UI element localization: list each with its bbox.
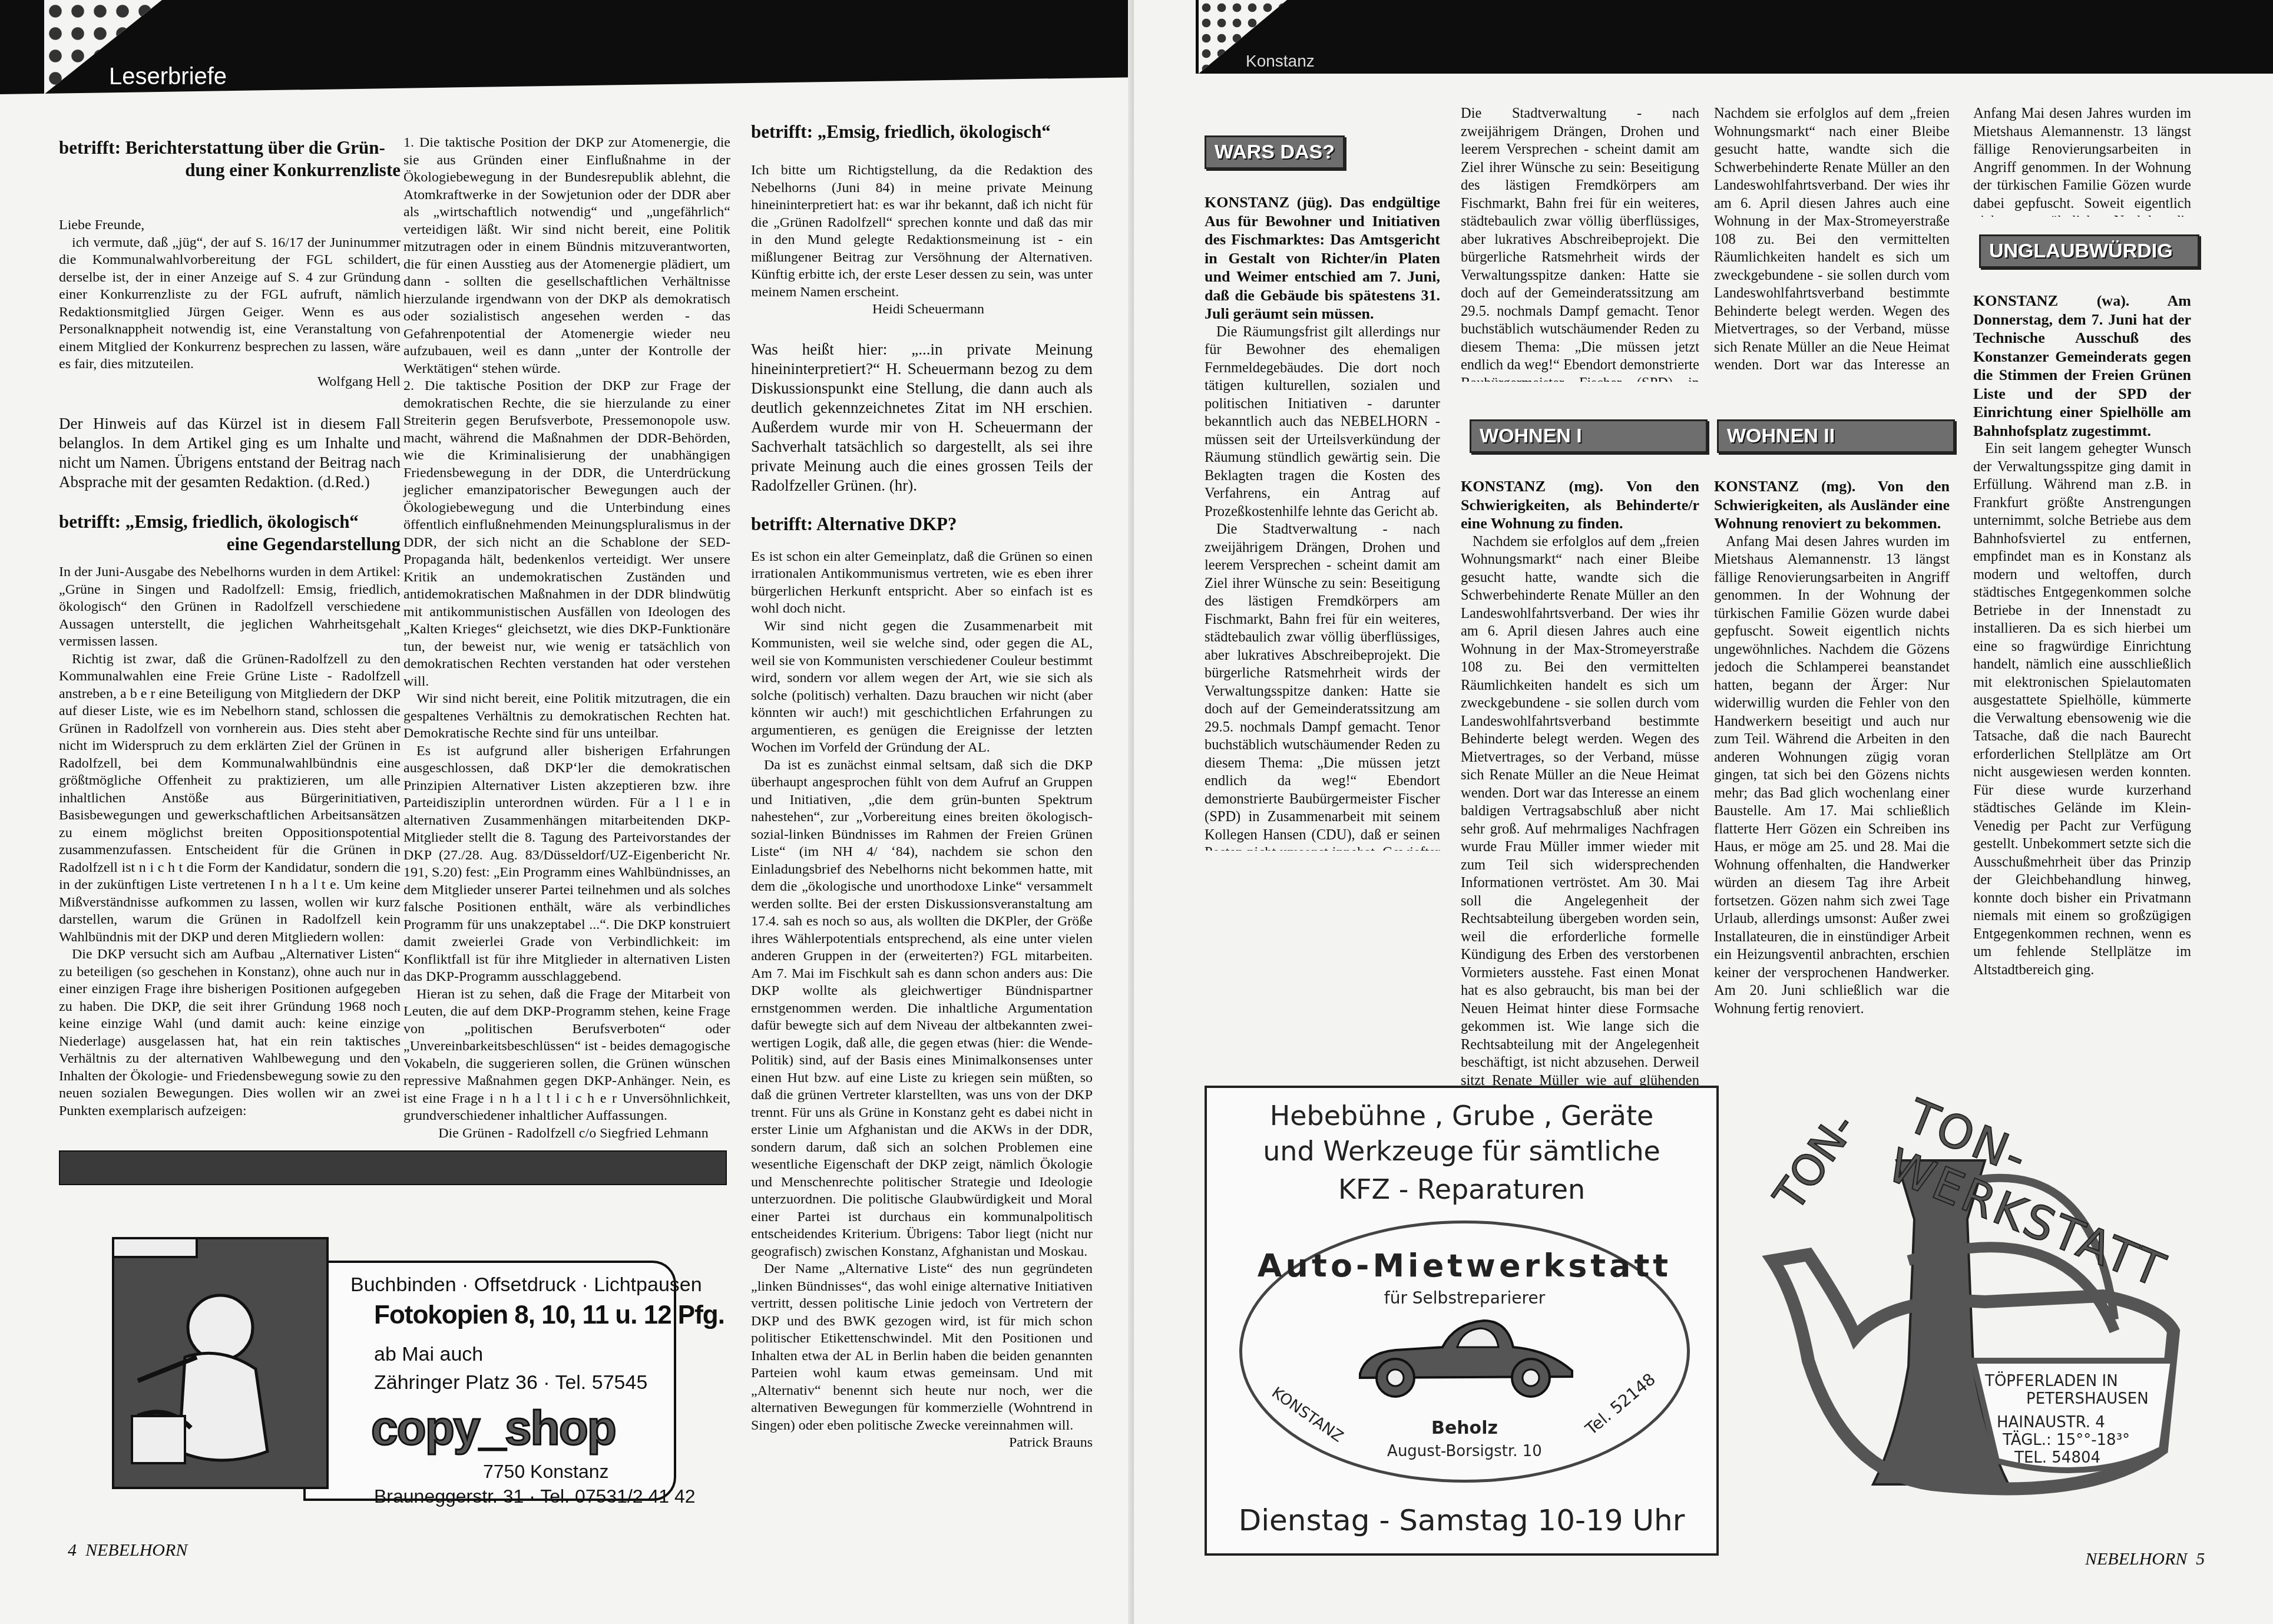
article-paragraph: Die Räumungsfrist gilt allerdings nur fü… xyxy=(1205,323,1440,521)
ad-hours: TÄGL.: 15°°-18³° xyxy=(1985,1431,2149,1449)
left-page: Leserbriefe betrifft: Berichterstattung … xyxy=(0,0,1134,1624)
letter3-headline: betrifft: „Emsig, friedlich, ökologisch“ xyxy=(751,121,1093,143)
ad-brand: copy_shop xyxy=(371,1401,616,1456)
article-lead: KONSTANZ (jüg). Das endgültige Aus für B… xyxy=(1205,193,1440,323)
ad-line: PETERSHAUSEN xyxy=(1985,1390,2149,1408)
emblem-owner: Beholz xyxy=(1242,1418,1687,1438)
column-3: betrifft: „Emsig, friedlich, ökologisch“… xyxy=(751,121,1093,1452)
page-number: 5 xyxy=(2196,1549,2205,1569)
wohnen-1-column: KONSTANZ (mg). Von den Schwierigkeiten, … xyxy=(1461,477,1699,1107)
wohnen-1-heading: WOHNEN I xyxy=(1470,419,1708,453)
wars-das-heading: WARS DAS? xyxy=(1205,135,1345,169)
article-lead: KONSTANZ (mg). Von den Schwierigkeiten, … xyxy=(1714,477,1950,533)
article-lead: KONSTANZ (wa). Am Donnerstag, dem 7. Jun… xyxy=(1973,292,2191,440)
divider-bar xyxy=(59,1150,727,1185)
article-paragraph: Anfang Mai desen Jahres wurden im Mietsh… xyxy=(1973,105,2191,217)
signature: Heidi Scheuermann xyxy=(751,301,1093,319)
letter4-headline: betrifft: Alternative DKP? xyxy=(751,513,1093,535)
unglaubwuerdig-heading: UNGLAUBWÜRDIG xyxy=(1979,234,2199,268)
workshop-emblem: Auto-Mietwerkstatt für Selbstreparierer … xyxy=(1239,1221,1690,1483)
wars-das-continuation: Die Stadtverwaltung - nach zweijährigem … xyxy=(1461,105,1699,382)
section-title: Konstanz xyxy=(1246,52,1315,71)
ad-line: TÖPFERLADEN IN xyxy=(1985,1372,2149,1390)
article-paragraph: Nachdem sie erfolglos auf dem „freien Wo… xyxy=(1461,533,1699,1107)
ad-address: HAINAUSTR. 4 xyxy=(1985,1414,2149,1431)
salutation: Liebe Freunde, xyxy=(59,217,401,234)
headline-line: dung einer Konkurrenzliste xyxy=(59,159,401,181)
wars-das-column: KONSTANZ (jüg). Das endgültige Aus für B… xyxy=(1205,193,1440,851)
letter3-body: Ich bitte um Richtigstellung, da die Red… xyxy=(751,162,1093,301)
pottery-workshop-advertisement: TON- TON-WERKSTATT TÖPFERLADEN IN PETERS… xyxy=(1738,1084,2250,1537)
headline-line: eine Gegendarstellung xyxy=(59,533,401,555)
kfz-workshop-advertisement: Hebebühne , Grube , Geräte und Werkzeuge… xyxy=(1205,1086,1719,1556)
signature: Die Grünen - Radolfzell c/o Siegfried Le… xyxy=(403,1125,730,1143)
article-paragraph: Wir sind nicht gegen die Zusammenarbeit … xyxy=(751,618,1093,757)
ad-prices: Fotokopien 8, 10, 11 u. 12 Pfg. xyxy=(374,1301,724,1330)
article-paragraph: Anfang Mai desen Jahres wurden im Mietsh… xyxy=(1714,533,1950,1107)
ad-city: 7750 Konstanz xyxy=(483,1461,609,1483)
ad-hours: Dienstag - Samstag 10-19 Uhr xyxy=(1207,1503,1716,1537)
article-paragraph: Ein seit langem gehegter Wunsch der Verw… xyxy=(1973,440,2191,979)
ad-line: KFZ - Reparaturen xyxy=(1207,1173,1716,1205)
article-paragraph: 2. Die taktische Position der DKP zur Fr… xyxy=(403,378,730,690)
section-banner xyxy=(1196,0,2273,74)
article-paragraph: Es ist schon ein alter Gemeinplatz, daß … xyxy=(751,548,1093,618)
section-title: Leserbriefe xyxy=(109,64,227,90)
emblem-subtitle: für Selbstreparierer xyxy=(1242,1288,1687,1308)
ad-line: ab Mai auch xyxy=(374,1343,483,1366)
article-paragraph: Der Name „Alternative Liste“ des nun geg… xyxy=(751,1261,1093,1434)
article-paragraph: Die Stadtverwaltung - nach zweijährigem … xyxy=(1205,521,1440,851)
copyshop-advertisement: Buchbinden · Offsetdruck · Lichtpausen F… xyxy=(82,1225,671,1502)
article-paragraph: Wir sind nicht bereit, eine Politik mitz… xyxy=(403,690,730,743)
vintage-car-icon xyxy=(1354,1312,1578,1400)
article-paragraph: Da ist es zunächst einmal seltsam, daß s… xyxy=(751,757,1093,1261)
headline-line: betrifft: „Emsig, friedlich, ökologisch“ xyxy=(59,511,359,532)
article-lead: KONSTANZ (mg). Von den Schwierigkeiten, … xyxy=(1461,477,1699,533)
ad-text-block: TÖPFERLADEN IN PETERSHAUSEN HAINAUSTR. 4… xyxy=(1985,1372,2149,1467)
page-number: 4 xyxy=(68,1540,77,1560)
wohnen-1-continuation: Nachdem sie erfolglos auf dem „freien Wo… xyxy=(1714,105,1950,376)
wohnen-2-column: KONSTANZ (mg). Von den Schwierigkeiten, … xyxy=(1714,477,1950,1107)
wohnen-2-heading: WOHNEN II xyxy=(1717,419,1955,453)
letter1-body: ich vermute, daß „jüg“, der auf S. 16/17… xyxy=(59,234,401,373)
publication-name: NEBELHORN xyxy=(2085,1549,2187,1569)
wohnen-2-continuation: Anfang Mai desen Jahres wurden im Mietsh… xyxy=(1973,105,2191,217)
editor-reply: Was heißt hier: „...in private Meinung h… xyxy=(751,340,1093,495)
page-footer: NEBELHORN 5 xyxy=(2085,1549,2205,1569)
article-paragraph: In der Juni-Ausgabe des Nebelhorns wurde… xyxy=(59,564,401,651)
ad-line: Hebebühne , Grube , Geräte xyxy=(1207,1100,1716,1132)
article-paragraph: Nachdem sie erfolglos auf dem „freien Wo… xyxy=(1714,105,1950,376)
page-footer: 4 NEBELHORN xyxy=(68,1540,187,1560)
article-paragraph: Die Stadtverwaltung - nach zweijährigem … xyxy=(1461,105,1699,382)
letter2-headline: betrifft: „Emsig, friedlich, ökologisch“… xyxy=(59,511,401,555)
article-paragraph: Hieran ist zu sehen, daß die Frage der M… xyxy=(403,986,730,1125)
letter1-headline: betrifft: Berichterstattung über die Grü… xyxy=(59,137,401,181)
copy-machine-illustration-icon xyxy=(112,1237,329,1489)
headline-line: betrifft: Berichterstattung über die Grü… xyxy=(59,137,385,158)
signature: Patrick Brauns xyxy=(751,1434,1093,1452)
svg-text:TON-: TON- xyxy=(1764,1104,1866,1220)
emblem-street: August-Borsigstr. 10 xyxy=(1242,1443,1687,1460)
ad-line: und Werkzeuge für sämtliche xyxy=(1207,1135,1716,1167)
ad-services: Buchbinden · Offsetdruck · Lichtpausen xyxy=(350,1274,702,1296)
article-paragraph: Richtig ist zwar, daß die Grünen-Radolfz… xyxy=(59,651,401,947)
signature: Wolfgang Hell xyxy=(59,373,401,391)
ad-address: Brauneggerstr. 31 · Tel. 07531/2 41 42 xyxy=(374,1486,696,1507)
column-2: 1. Die taktische Position der DKP zur At… xyxy=(403,134,730,1142)
column-1: betrifft: Berichterstattung über die Grü… xyxy=(59,137,401,1120)
article-paragraph: 1. Die taktische Position der DKP zur At… xyxy=(403,134,730,378)
article-paragraph: Es ist aufgrund aller bisherigen Erfahru… xyxy=(403,743,730,986)
ad-line: Zähringer Platz 36 · Tel. 57545 xyxy=(374,1371,647,1394)
ad-phone: TEL. 54804 xyxy=(1985,1449,2149,1467)
publication-name: NEBELHORN xyxy=(85,1540,187,1560)
unglaubwuerdig-column: KONSTANZ (wa). Am Donnerstag, dem 7. Jun… xyxy=(1973,292,2191,979)
emblem-title: Auto-Mietwerkstatt xyxy=(1242,1247,1687,1284)
article-paragraph: Die DKP versucht sich am Aufbau „Alterna… xyxy=(59,946,401,1120)
editor-reply: Der Hinweis auf das Kürzel ist in diesem… xyxy=(59,414,401,492)
